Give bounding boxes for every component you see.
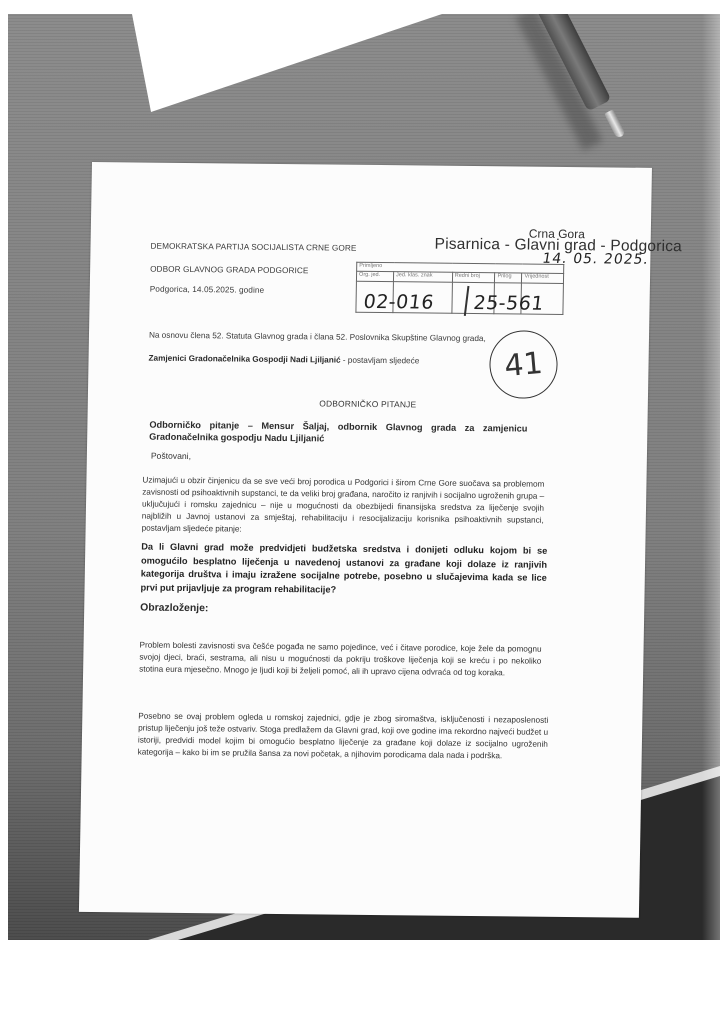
reasoning-paragraph-1: Problem bolesti zavisnosti sva češće pog… (139, 640, 542, 680)
stamp-org-code: 02-016 (362, 291, 435, 314)
party-name: DEMOKRATSKA PARTIJA SOCIJALISTA CRNE GOR… (150, 242, 356, 253)
stamp-col-org: Org. jed. (356, 271, 393, 281)
place-date: Podgorica, 14.05.2025. godine (150, 285, 265, 295)
addressee-name: Zamjenici Gradonačelnika Gospodji Nadi L… (149, 354, 341, 365)
stamp-col-value: Vrijednost (522, 273, 564, 283)
pen-tip-icon (604, 109, 626, 138)
photo-background: DEMOKRATSKA PARTIJA SOCIJALISTA CRNE GOR… (8, 14, 720, 940)
registry-stamp: Crna Gora Pisarnica - Glavni grad - Podg… (347, 225, 657, 328)
stamp-reg-number: 25-561 (472, 292, 545, 315)
handwritten-circled-number: 41 (487, 327, 561, 401)
subject-line: Odborničko pitanje – Mensur Šaljaj, odbo… (149, 419, 527, 447)
board-name: ODBOR GLAVNOG GRADA PODGORICE (150, 265, 308, 276)
reasoning-heading: Obrazloženje: (140, 603, 208, 615)
stamp-col-class: Jed. klas. znak (393, 272, 452, 283)
stamp-col-number: Redni broj (452, 272, 495, 282)
addressee: Zamjenici Gradonačelnika Gospodji Nadi L… (149, 354, 420, 366)
stamp-col-attachment: Prilog (495, 273, 522, 283)
question-paragraph: Da li Glavni grad može predvidjeti budže… (140, 541, 547, 599)
intro-paragraph: Uzimajući u obzir činjenicu da se sve ve… (142, 475, 545, 539)
reasoning-paragraph-2: Posebno se ovaj problem ogleda u romskoj… (138, 711, 549, 763)
greeting: Poštovani, (151, 451, 191, 461)
legal-basis: Na osnovu člena 52. Statuta Glavnog grad… (149, 331, 486, 344)
edge-fade (702, 14, 720, 940)
document-page: DEMOKRATSKA PARTIJA SOCIJALISTA CRNE GOR… (79, 162, 652, 918)
document-title: ODBORNIČKO PITANJE (88, 396, 648, 412)
addressee-suffix: - postavljam sljedeće (340, 356, 419, 366)
